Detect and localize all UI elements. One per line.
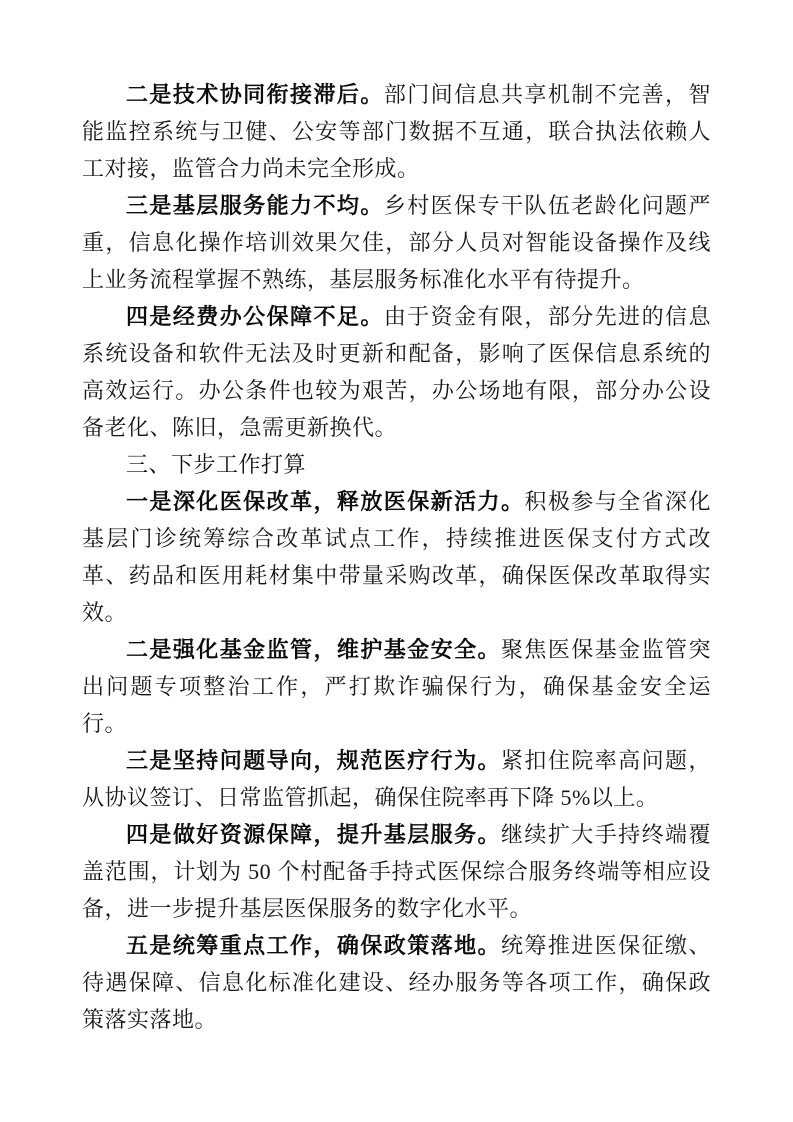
section-heading: 三、下步工作打算 (82, 446, 711, 483)
paragraph-lead: 五是统筹重点工作，确保政策落地。 (126, 933, 501, 958)
paragraph: 二是技术协同衔接滞后。部门间信息共享机制不完善，智能监控系统与卫健、公安等部门数… (82, 76, 711, 187)
paragraph-lead: 二是强化基金监管，维护基金安全。 (126, 637, 501, 662)
paragraph: 五是统筹重点工作，确保政策落地。统筹推进医保征缴、待遇保障、信息化标准化建设、经… (82, 927, 711, 1038)
paragraph-lead: 二是技术协同衔接滞后。 (126, 82, 384, 107)
paragraph-lead: 四是做好资源保障，提升基层服务。 (126, 822, 501, 847)
paragraph-lead: 一是深化医保改革，释放医保新活力。 (126, 489, 524, 514)
paragraph: 二是强化基金监管，维护基金安全。聚焦医保基金监管突出问题专项整治工作，严打欺诈骗… (82, 631, 711, 742)
paragraph-lead: 三是基层服务能力不均。 (126, 193, 384, 218)
paragraph-lead: 三是坚持问题导向，规范医疗行为。 (126, 748, 501, 773)
document-content: 二是技术协同衔接滞后。部门间信息共享机制不完善，智能监控系统与卫健、公安等部门数… (82, 76, 711, 1038)
document-page: 二是技术协同衔接滞后。部门间信息共享机制不完善，智能监控系统与卫健、公安等部门数… (0, 0, 793, 1122)
paragraph: 三是基层服务能力不均。乡村医保专干队伍老龄化问题严重，信息化操作培训效果欠佳，部… (82, 187, 711, 298)
paragraph: 四是经费办公保障不足。由于资金有限，部分先进的信息系统设备和软件无法及时更新和配… (82, 298, 711, 446)
paragraph: 一是深化医保改革，释放医保新活力。积极参与全省深化基层门诊统筹综合改革试点工作，… (82, 483, 711, 631)
paragraph: 三是坚持问题导向，规范医疗行为。紧扣住院率高问题，从协议签订、日常监管抓起，确保… (82, 742, 711, 816)
paragraph-lead: 四是经费办公保障不足。 (126, 304, 384, 329)
paragraph: 四是做好资源保障，提升基层服务。继续扩大手持终端覆盖范围，计划为 50 个村配备… (82, 816, 711, 927)
